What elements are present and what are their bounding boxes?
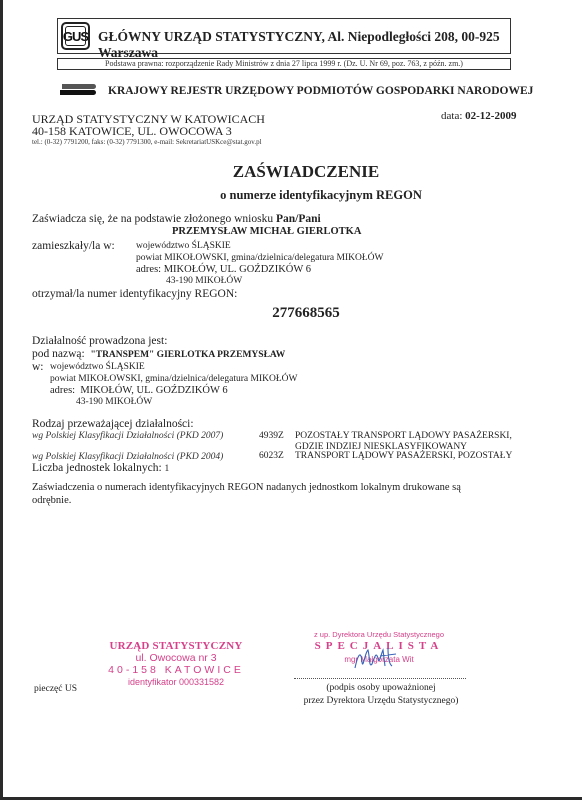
stamp-line4: identyfikator 000331582 [96, 676, 256, 688]
office-address: 40-158 KATOWICE, UL. OWOCOWA 3 [32, 124, 232, 139]
business-address: MIKOŁÓW, UL. GOŹDZIKÓW 6 [80, 385, 227, 396]
local-units-value: 1 [165, 464, 170, 474]
footnote-line1: Zaświadczenia o numerach identyfikacyjny… [32, 482, 461, 493]
business-district: powiat MIKOŁOWSKI, gmina/dzielnica/deleg… [50, 374, 297, 384]
residence-district: powiat MIKOŁOWSKI, gmina/dzielnica/deleg… [136, 253, 383, 263]
document-title: ZAŚWIADCZENIE [0, 162, 582, 182]
business-address-row: adres: MIKOŁÓW, UL. GOŹDZIKÓW 6 [50, 385, 228, 396]
business-name-row: pod nazwą: "TRANSPEM" GIERLOTKA PRZEMYSŁ… [32, 348, 285, 360]
regon-number: 277668565 [0, 305, 582, 322]
legal-basis-box: Podstawa prawna: rozporządzenie Rady Min… [57, 58, 511, 70]
pkd2007-code: 4939Z [259, 431, 284, 441]
business-postcode: 43-190 MIKOŁÓW [76, 397, 152, 407]
date-value: 02-12-2009 [465, 110, 516, 122]
gus-logo-icon: GUS [61, 22, 90, 50]
document-subtitle: o numerze identyfikacyjnym REGON [0, 188, 582, 203]
pkd2007-desc-line1: POZOSTAŁY TRANSPORT LĄDOWY PASAŻERSKI, [295, 431, 512, 441]
residence-label: zamieszkały/la w: [32, 240, 115, 252]
date-label: data: [441, 110, 465, 122]
stamp-line2: ul. Owocowa nr 3 [96, 652, 256, 664]
residence-postcode: 43-190 MIKOŁÓW [166, 276, 242, 286]
header-title: GŁÓWNY URZĄD STATYSTYCZNY, Al. Niepodleg… [98, 29, 510, 61]
business-voivodeship: województwo ŚLĄSKIE [50, 362, 145, 372]
pkd2007-label: wg Polskiej Klasyfikacji Działalności (P… [32, 431, 223, 441]
header-box: GUS GŁÓWNY URZĄD STATYSTYCZNY, Al. Niepo… [57, 18, 511, 54]
certificate-intro: Zaświadcza się, że na podstawie złożoneg… [32, 213, 321, 225]
activity-heading: Rodzaj przeważającej działalności: [32, 418, 194, 430]
scan-edge-left [0, 0, 3, 800]
document-date: data: 02-12-2009 [441, 110, 516, 122]
signature-authority: z up. Dyrektora Urzędu Statystycznego [288, 630, 470, 639]
residence-address-row: adres: MIKOŁÓW, UL. GOŹDZIKÓW 6 [136, 264, 311, 275]
pan-pani: Pan/Pani [276, 213, 321, 225]
business-location-label: w: [32, 361, 44, 373]
pkd2004-desc: TRANSPORT LĄDOWY PASAŻERSKI, POZOSTAŁY [295, 451, 512, 461]
person-name: PRZEMYSŁAW MICHAŁ GIERLOTKA [172, 226, 361, 237]
business-heading: Działalność prowadzona jest: [32, 335, 167, 347]
stamp-line3: 40-158 KATOWICE [96, 664, 256, 676]
regon-registry-logo-icon [60, 84, 96, 96]
seal-label: pieczęć US [34, 684, 77, 694]
registry-name: KRAJOWY REJESTR URZĘDOWY PODMIOTÓW GOSPO… [108, 85, 533, 97]
office-contact: tel.: (0-32) 7791200, faks: (0-32) 77913… [32, 138, 262, 146]
business-name: "TRANSPEM" GIERLOTKA PRZEMYSŁAW [90, 350, 285, 360]
pkd2004-label: wg Polskiej Klasyfikacji Działalności (P… [32, 452, 223, 462]
office-stamp: URZĄD STATYSTYCZNY ul. Owocowa nr 3 40-1… [96, 640, 256, 688]
signature-line [294, 678, 466, 679]
handwritten-signature-icon [352, 644, 398, 674]
footnote-line2: odrębnie. [32, 495, 71, 506]
stamp-line1: URZĄD STATYSTYCZNY [96, 640, 256, 652]
regon-label: otrzymał/la numer identyfikacyjny REGON: [32, 288, 237, 300]
residence-address: MIKOŁÓW, UL. GOŹDZIKÓW 6 [164, 264, 311, 275]
pkd2004-code: 6023Z [259, 451, 284, 461]
legal-basis-text: Podstawa prawna: rozporządzenie Rady Min… [58, 59, 510, 69]
residence-voivodeship: województwo ŚLĄSKIE [136, 241, 231, 251]
signature-caption: (podpis osoby upoważnionej przez Dyrekto… [290, 682, 472, 708]
local-units-row: Liczba jednostek lokalnych: 1 [32, 462, 169, 474]
